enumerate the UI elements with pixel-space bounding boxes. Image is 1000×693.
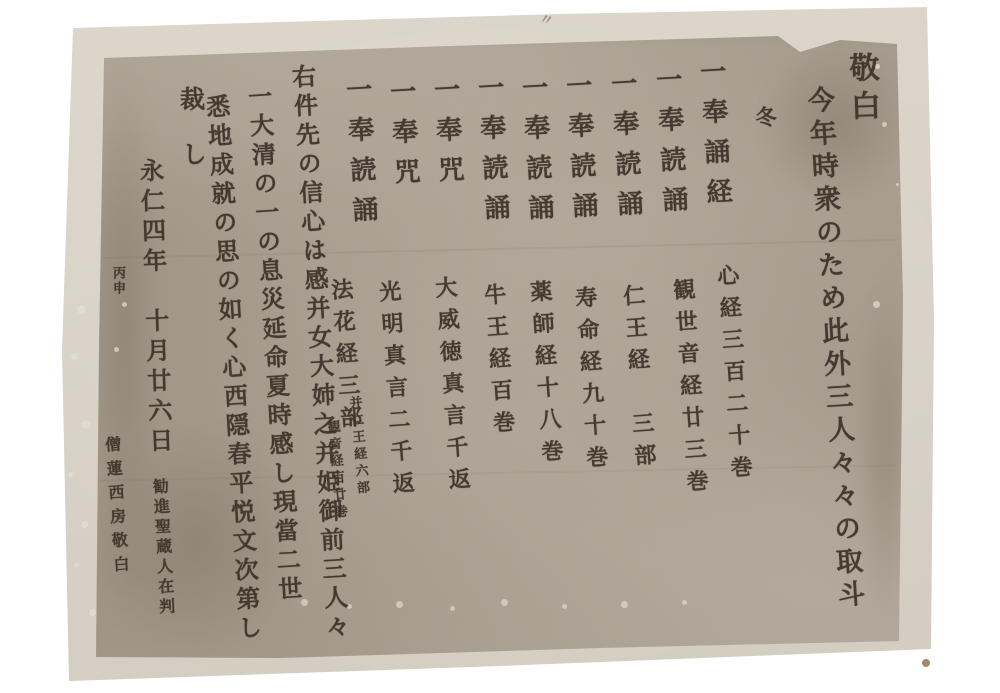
crease-line bbox=[103, 239, 895, 259]
stain-patch bbox=[760, 40, 910, 210]
stain-patch bbox=[92, 420, 302, 660]
ink-washed-document-area bbox=[0, 0, 1000, 693]
crease-line bbox=[100, 464, 896, 481]
manuscript-photo: 〃敬白今年時衆のため此外三人々々の取斗冬一奉誦経一奉読誦一奉読誦一奉読誦一奉読誦… bbox=[0, 0, 1000, 693]
foxing-spot bbox=[922, 659, 930, 667]
